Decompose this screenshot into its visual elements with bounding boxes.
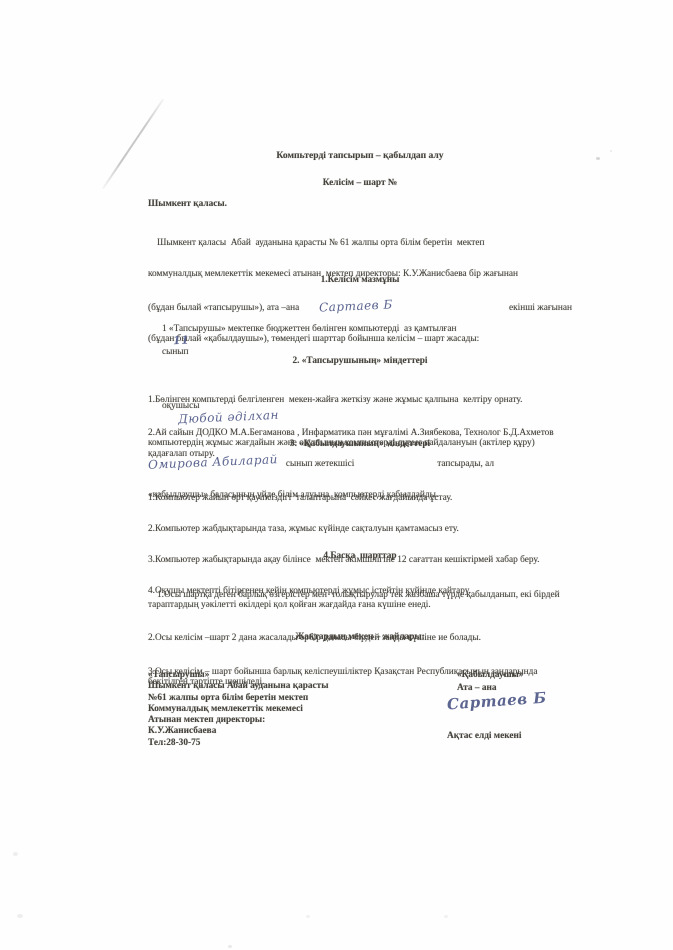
section-3-heading: 3. «Қабылдаушының» міндеттері [148,439,572,449]
contract-number-line: Келісім – шарт № [148,178,572,188]
scan-artifact [610,150,612,152]
section-4-item: 1.Осы шартқа деген барлық өзгерістер мен… [148,590,572,611]
section-3-item: 1.Компьютер жайын өрт қауіпсіздігі талап… [148,493,572,503]
party-sender-name: К.У.Жанисбаева [148,726,438,737]
scan-artifact [17,914,23,918]
scan-artifact [306,915,310,918]
intro-line-1: Шымкент қаласы Абай ауданына қарасты № 6… [148,238,572,248]
city-heading: Шымкент қаласы. [148,199,572,209]
party-sender-line: Атынан мектеп директоры: [148,715,438,726]
scan-artifact [444,915,448,918]
party-sender-line: №61 жалпы орта білім беретін мектеп [148,693,438,704]
section-4-heading: 4.Басқа шарттар [148,551,572,561]
scan-artifact [228,945,232,948]
section-1-line-1-text: 1 «Тапсырушы» мектепке бюджеттен бөлінге… [162,324,457,334]
section-2-item: 1.Бөлінген компьтерді белгіленген мекен-… [148,395,572,405]
party-sender-block: «Тапсырушы» Шымкент қаласы Абай ауданына… [148,670,438,749]
party-sender-line: Коммуналдық мемлекеттік мекемесі [148,704,438,715]
handwritten-grade-number: 11 [169,334,190,346]
section-3-item: 2.Компьютер жабдықтарында таза, жұмыс кү… [148,524,572,534]
scan-artifact [596,157,600,160]
party-sender-line: Шымкент қаласы Абай ауданына қарасты [148,681,438,692]
party-receiver-location: Ақтас елді мекені [447,731,521,741]
section-1-heading: 1.Келісім мазмұны [148,275,572,285]
section-2-body: 1.Бөлінген компьтерді белгіленген мекен-… [148,374,572,482]
party-receiver-title: «Қабылдаушы» [457,670,523,680]
section-2-heading: 2. «Тапсырушының» міндеттері [148,356,572,366]
party-sender-title: «Тапсырушы» [148,670,438,681]
scan-artifact [13,852,18,856]
addresses-heading: Жақтардың мекен – жайлары: [148,632,572,642]
document-title: Компьтерді тапсырып – қабылдап алу [148,151,572,161]
scanned-contract-page: Компьтерді тапсырып – қабылдап алу Келіс… [0,0,673,950]
party-sender-phone: Тел:28-30-75 [148,738,438,749]
pencil-mark-line [102,99,164,190]
